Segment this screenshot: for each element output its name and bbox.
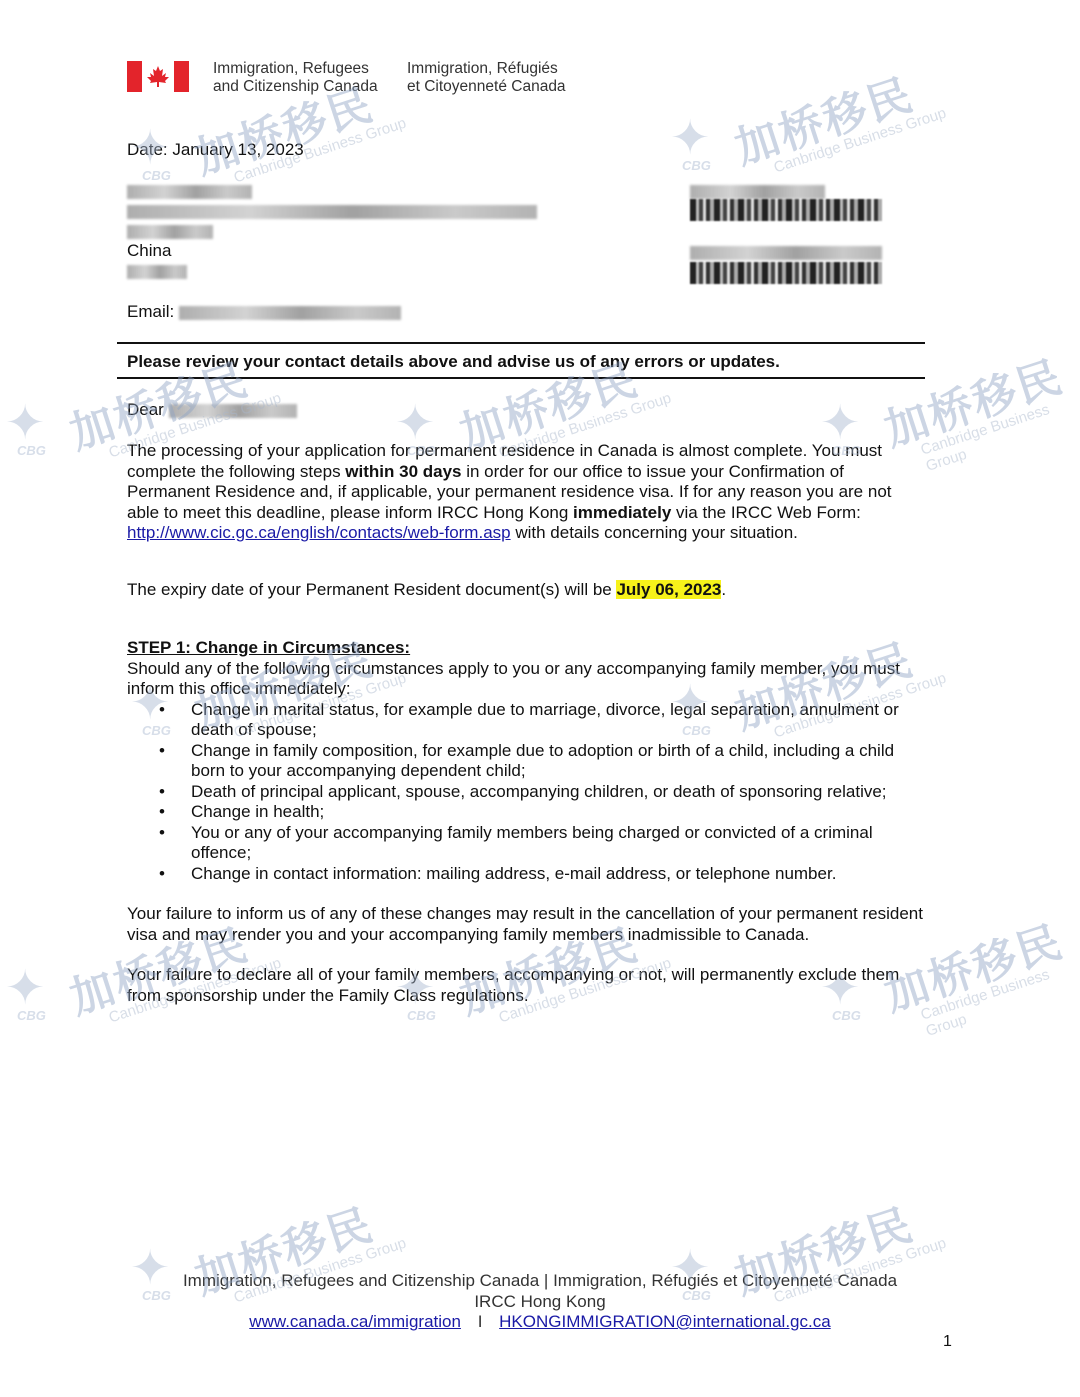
expiry-paragraph: The expiry date of your Permanent Reside… xyxy=(127,580,927,601)
watermark-en: Canbridge Business Group xyxy=(919,958,1080,1040)
processing-paragraph: The processing of your application for p… xyxy=(127,441,927,544)
recipient-name-redacted xyxy=(127,183,252,201)
department-name-english: Immigration, Refugees and Citizenship Ca… xyxy=(213,60,378,96)
list-item: Change in family composition, for exampl… xyxy=(127,741,927,782)
dept-en-line1: Immigration, Refugees xyxy=(213,60,378,78)
list-item: Change in health; xyxy=(127,802,927,823)
watermark-logo: CBG xyxy=(682,158,711,173)
application-label-redacted xyxy=(690,244,882,262)
watermark-cn: 加桥移民 xyxy=(875,336,1080,459)
maple-leaf-icon: ✦ xyxy=(5,960,45,1016)
department-name-french: Immigration, Réfugiés et Citoyenneté Can… xyxy=(407,60,566,96)
dept-fr-line1: Immigration, Réfugiés xyxy=(407,60,566,78)
step1-intro: Should any of the following circumstance… xyxy=(127,659,927,700)
recipient-postcode-redacted xyxy=(127,263,187,281)
watermark: ✦CBG 加桥移民Canbridge Business Group xyxy=(455,365,675,434)
page-number: 1 xyxy=(943,1333,952,1351)
footer-department: Immigration, Refugees and Citizenship Ca… xyxy=(0,1271,1080,1292)
step1-title: STEP 1: Change in Circumstances: xyxy=(127,638,927,659)
application-barcode xyxy=(690,262,882,284)
watermark-logo: CBG xyxy=(17,1008,46,1023)
maple-leaf-icon: ✦ xyxy=(5,395,45,451)
footer-email-link[interactable]: HKONGIMMIGRATION@international.gc.ca xyxy=(499,1312,831,1331)
p1-text-f: with details concerning your situation. xyxy=(511,523,798,542)
step1-section: STEP 1: Change in Circumstances: Should … xyxy=(127,638,927,1006)
recipient-address-redacted xyxy=(127,203,537,221)
notice-top-rule xyxy=(117,342,925,344)
expiry-text: The expiry date of your Permanent Reside… xyxy=(127,580,616,599)
watermark-logo: CBG xyxy=(142,168,171,183)
canada-flag-logo xyxy=(127,61,189,92)
expiry-period: . xyxy=(721,580,726,599)
maple-leaf-icon: ✦ xyxy=(670,110,710,166)
list-item: Change in marital status, for example du… xyxy=(127,700,927,741)
watermark-en: Canbridge Business Group xyxy=(919,393,1080,475)
list-item: Change in contact information: mailing a… xyxy=(127,864,927,885)
watermark: ✦CBG 加桥移民Canbridge Business Group xyxy=(190,1210,410,1279)
watermark-logo: CBG xyxy=(407,1008,436,1023)
failure-to-inform-warning: Your failure to inform us of any of thes… xyxy=(127,904,927,945)
contact-review-notice: Please review your contact details above… xyxy=(127,352,780,372)
web-form-link[interactable]: http://www.cic.gc.ca/english/contacts/we… xyxy=(127,523,511,542)
notice-bottom-rule xyxy=(117,377,925,379)
deadline-emphasis: within 30 days xyxy=(345,462,461,481)
salutation: Dear xyxy=(127,400,297,421)
watermark-logo: CBG xyxy=(832,1008,861,1023)
footer-separator: I xyxy=(478,1312,483,1331)
failure-to-declare-warning: Your failure to declare all of your fami… xyxy=(127,965,927,1006)
recipient-country: China xyxy=(127,241,171,262)
dept-en-line2: and Citizenship Canada xyxy=(213,78,378,96)
dept-fr-line2: et Citoyenneté Canada xyxy=(407,78,566,96)
watermark-logo: CBG xyxy=(17,443,46,458)
salutation-dear: Dear xyxy=(127,400,164,419)
footer-office: IRCC Hong Kong xyxy=(0,1292,1080,1313)
list-item: You or any of your accompanying family m… xyxy=(127,823,927,864)
p1-text-e: via the IRCC Web Form: xyxy=(671,503,861,522)
email-redacted xyxy=(179,306,401,320)
immediately-emphasis: immediately xyxy=(573,503,671,522)
watermark: ✦CBG 加桥移民Canbridge Business Group xyxy=(730,80,950,149)
salutation-name-redacted xyxy=(169,404,297,418)
circumstances-list: Change in marital status, for example du… xyxy=(127,700,927,885)
watermark: ✦CBG 加桥移民Canbridge Business Group xyxy=(730,1210,950,1279)
footer-website-link[interactable]: www.canada.ca/immigration xyxy=(249,1312,461,1331)
expiry-date-highlight: July 06, 2023 xyxy=(616,580,721,599)
footer-links: www.canada.ca/immigration I HKONGIMMIGRA… xyxy=(0,1312,1080,1333)
recipient-city-redacted xyxy=(127,223,213,241)
footer: Immigration, Refugees and Citizenship Ca… xyxy=(0,1271,1080,1333)
watermark-en: Canbridge Business Group xyxy=(772,105,949,177)
letter-date: Date: January 13, 2023 xyxy=(127,140,304,161)
uci-barcode xyxy=(690,199,882,221)
watermark-cn: 加桥移民 xyxy=(725,48,954,177)
list-item: Death of principal applicant, spouse, ac… xyxy=(127,782,927,803)
email-label: Email: xyxy=(127,302,174,321)
email-row: Email: xyxy=(127,302,401,323)
